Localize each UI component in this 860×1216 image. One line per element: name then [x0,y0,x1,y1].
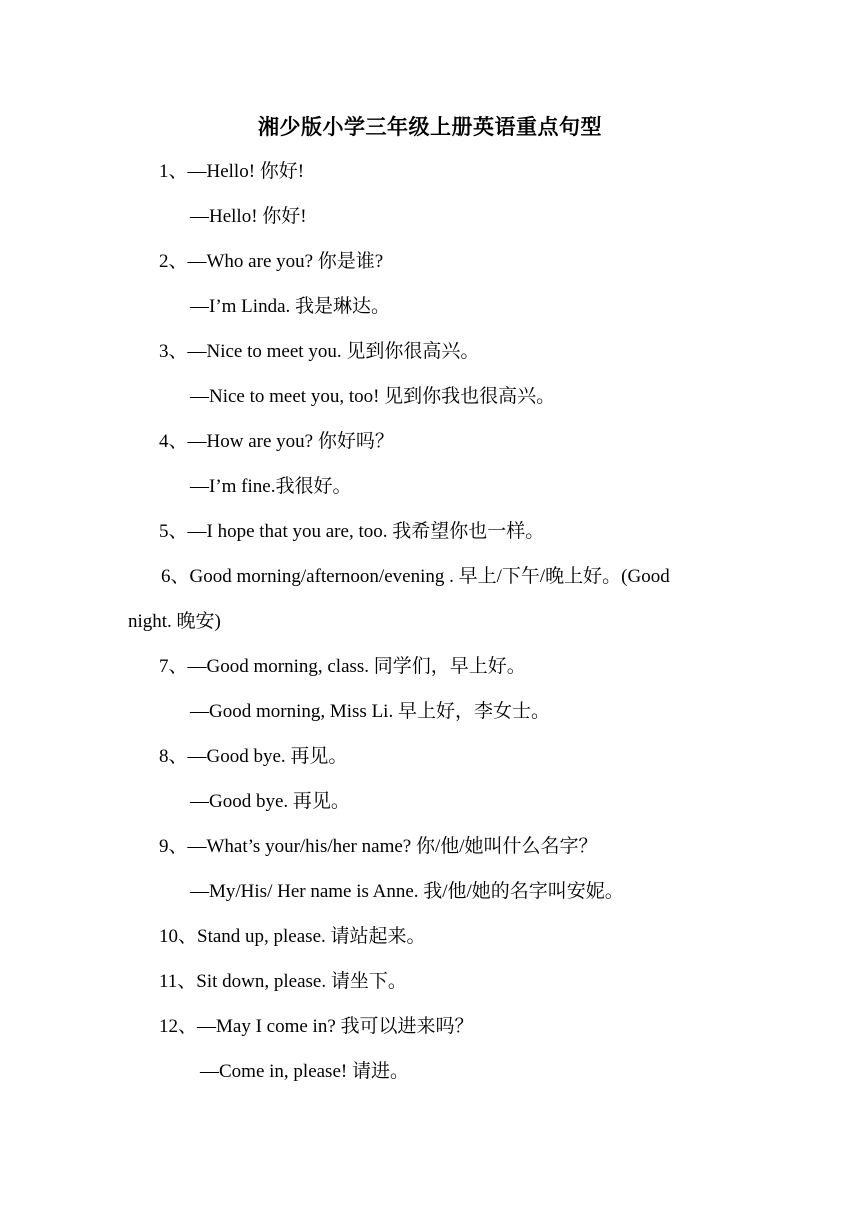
sentence-line-10: 10、Stand up, please. 请站起来。 [159,924,426,950]
sentence-line-2-reply: —I’m Linda. 我是琳达。 [190,294,390,320]
sentence-line-3-reply: —Nice to meet you, too! 见到你我也很高兴。 [190,384,555,410]
sentence-line-9: 9、—What’s your/his/her name? 你/他/她叫什么名字？ [159,834,598,860]
document-title: 湘少版小学三年级上册英语重点句型 [0,112,860,142]
sentence-line-4-reply: —I’m fine.我很好。 [190,474,351,500]
sentence-line-1-reply: —Hello! 你好! [190,204,307,230]
sentence-line-6: 6、Good morning/afternoon/evening . 早上/下午… [161,564,670,590]
sentence-line-8: 8、—Good bye. 再见。 [159,744,347,770]
sentence-line-12-reply: —Come in, please! 请进。 [200,1059,409,1085]
sentence-line-2: 2、—Who are you? 你是谁? [159,249,383,275]
sentence-line-8-reply: —Good bye. 再见。 [190,789,350,815]
sentence-line-11: 11、Sit down, please. 请坐下。 [159,969,407,995]
sentence-line-7-reply: —Good morning, Miss Li. 早上好，李女士。 [190,699,550,725]
sentence-line-4: 4、—How are you? 你好吗？ [159,429,394,455]
sentence-line-5: 5、—I hope that you are, too. 我希望你也一样。 [159,519,544,545]
sentence-line-6-cont: night. 晚安) [128,609,221,635]
sentence-line-1: 1、—Hello! 你好! [159,159,304,185]
sentence-line-9-reply: —My/His/ Her name is Anne. 我/他/她的名字叫安妮。 [190,879,624,905]
sentence-line-12: 12、—May I come in? 我可以进来吗？ [159,1014,474,1040]
sentence-line-3: 3、—Nice to meet you. 见到你很高兴。 [159,339,479,365]
sentence-line-7: 7、—Good morning, class. 同学们，早上好。 [159,654,526,680]
